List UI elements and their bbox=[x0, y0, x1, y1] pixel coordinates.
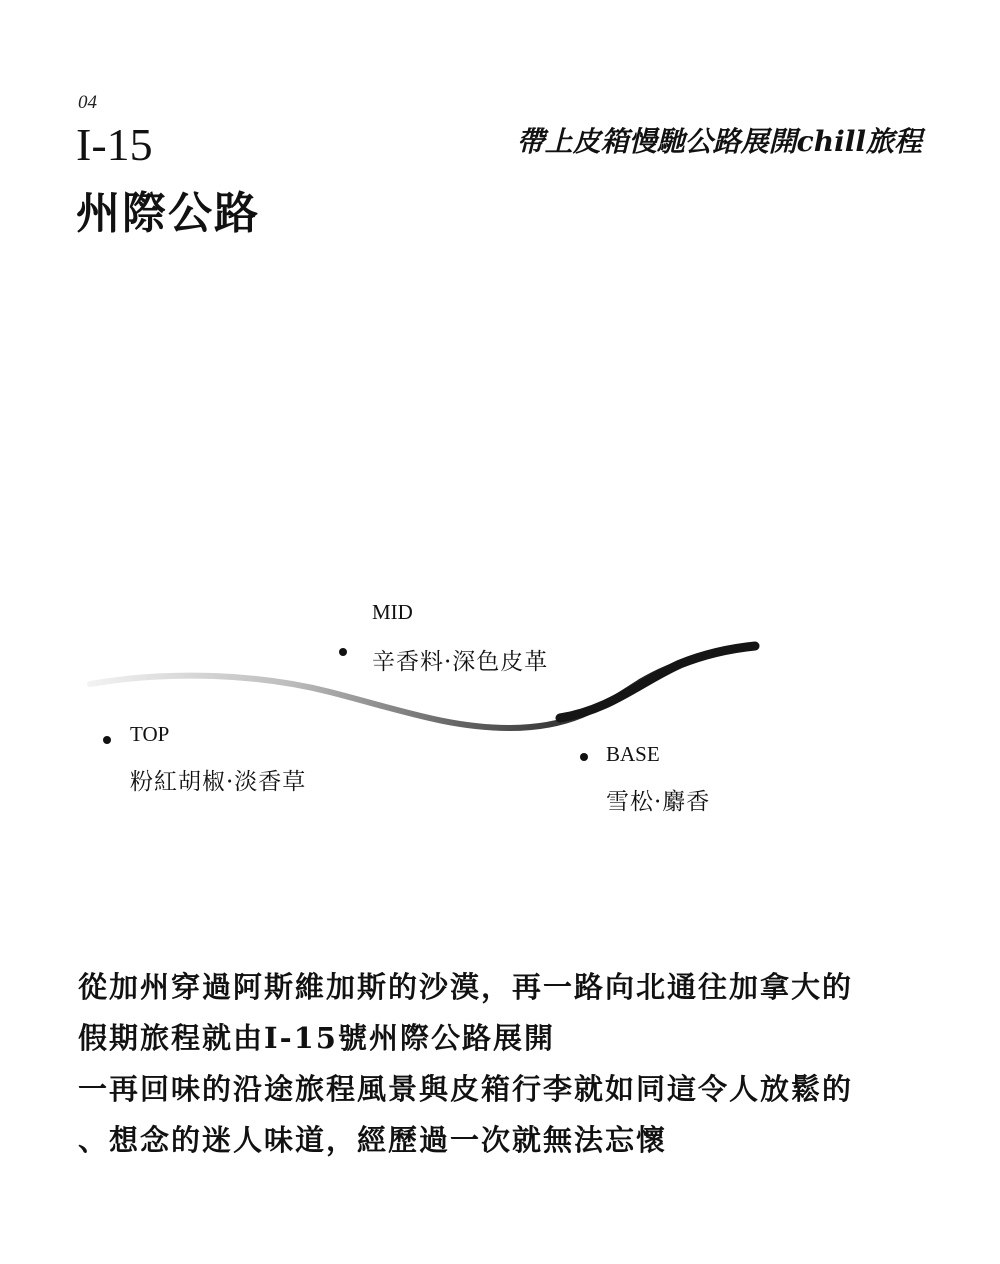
item-number: 04 bbox=[78, 92, 97, 114]
title-route-name: 州際公路 bbox=[76, 190, 260, 238]
note-base-label: BASE bbox=[606, 742, 710, 767]
base-bullet-icon bbox=[580, 753, 588, 761]
description-line: 假期旅程就由I-15號州際公路展開 bbox=[78, 1013, 938, 1064]
note-top-label: TOP bbox=[130, 722, 306, 747]
note-top-items: 粉紅胡椒·淡香草 bbox=[130, 763, 306, 796]
top-bullet-icon bbox=[103, 736, 111, 744]
description-line: 從加州穿過阿斯維加斯的沙漠，再一路向北通往加拿大的 bbox=[78, 962, 938, 1013]
description-line: 、想念的迷人味道，經歷過一次就無法忘懷 bbox=[78, 1115, 938, 1166]
note-base: BASE 雪松·麝香 bbox=[606, 742, 710, 816]
note-top: TOP 粉紅胡椒·淡香草 bbox=[130, 722, 306, 796]
mid-bullet-icon bbox=[339, 648, 347, 656]
description-line: 一再回味的沿途旅程風景與皮箱行李就如同這令人放鬆的 bbox=[78, 1064, 938, 1115]
note-mid-items: 辛香料·深色皮革 bbox=[372, 643, 548, 676]
title-route-code: I-15 bbox=[76, 122, 153, 168]
tagline: 帶上皮箱慢馳公路展開chill旅程 bbox=[517, 120, 922, 160]
note-mid-label: MID bbox=[372, 600, 548, 625]
note-mid: MID 辛香料·深色皮革 bbox=[372, 600, 548, 676]
description: 從加州穿過阿斯維加斯的沙漠，再一路向北通往加拿大的 假期旅程就由I-15號州際公… bbox=[78, 962, 938, 1166]
note-base-items: 雪松·麝香 bbox=[606, 783, 710, 816]
